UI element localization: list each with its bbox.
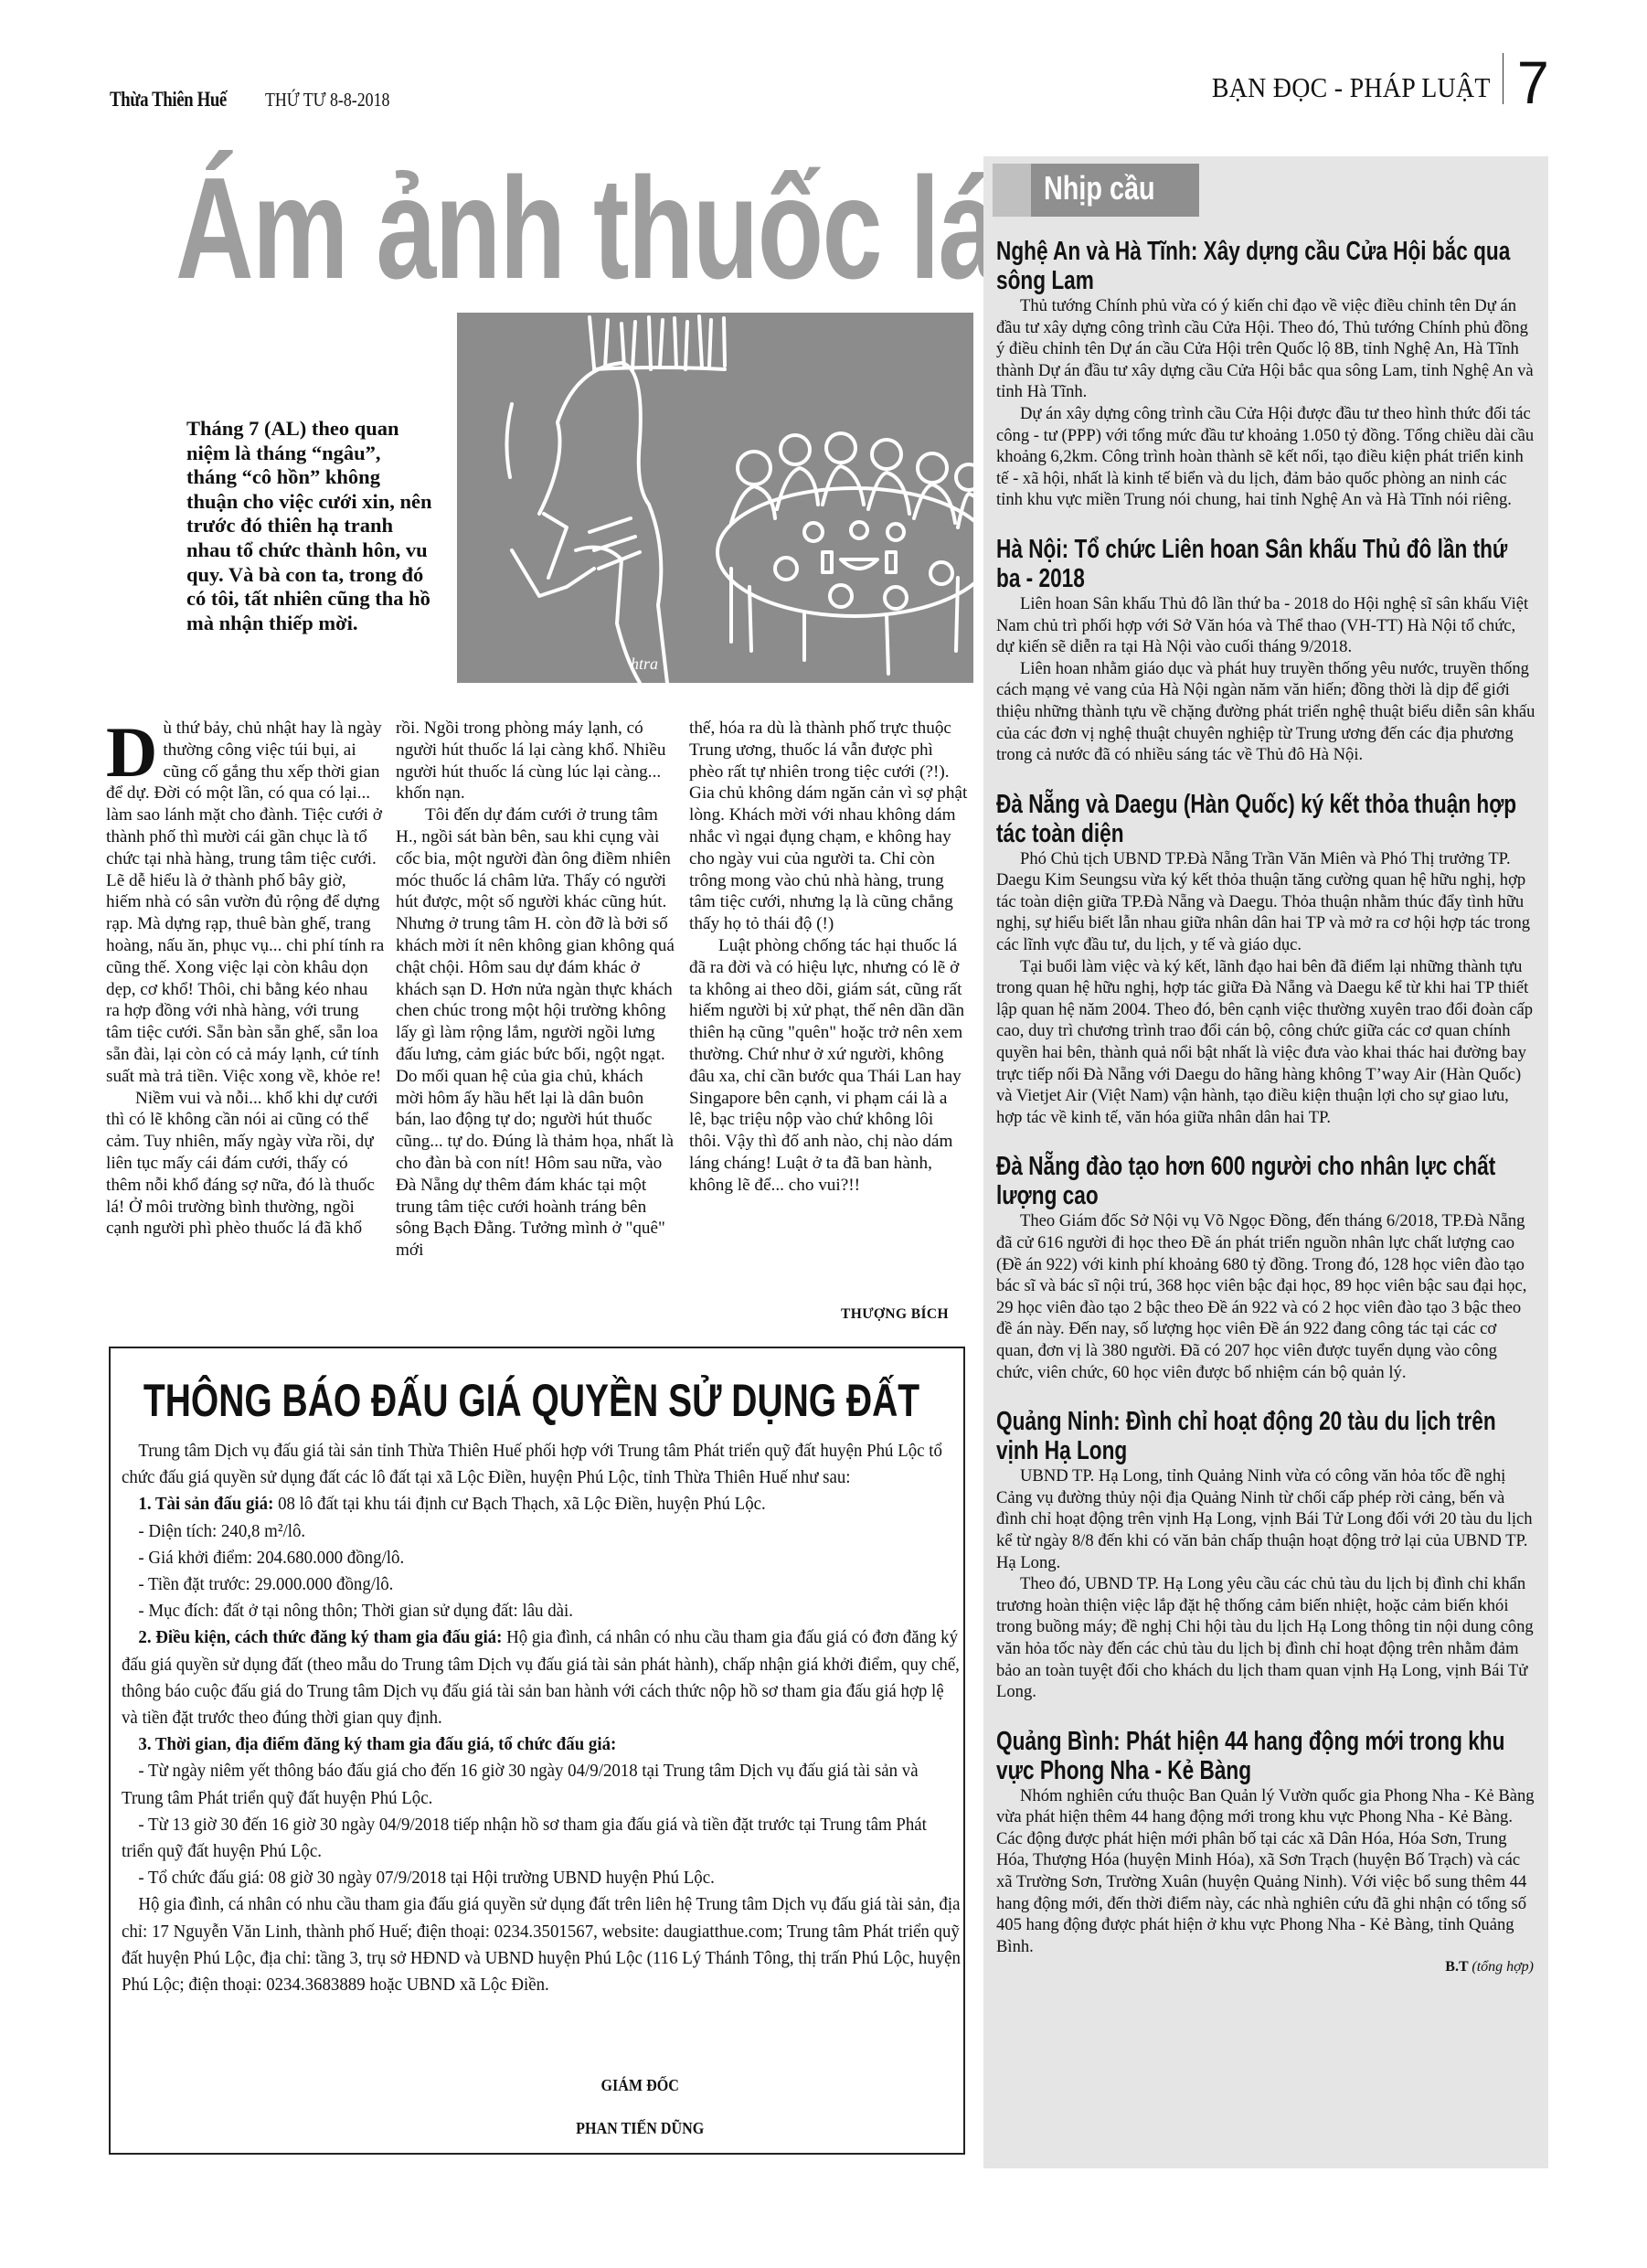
drop-cap: D: [106, 723, 157, 782]
notice-item: - Từ ngày niêm yết thông báo đấu giá cho…: [122, 1758, 962, 1811]
news-title: Quảng Bình: Phát hiện 44 hang động mới t…: [996, 1727, 1536, 1785]
news-sidebar: Nhịp cầu Nghệ An và Hà Tĩnh: Xây dựng cầ…: [983, 156, 1548, 2168]
article-headline: Ám ảnh thuốc lá: [175, 155, 997, 302]
notice-section-3-label: 3. Thời gian, địa điểm đăng ký tham gia …: [122, 1731, 962, 1758]
article-byline: THƯỢNG BÍCH: [841, 1306, 949, 1323]
article-paragraph: thế, hóa ra dù là thành phố trực thuộc T…: [689, 718, 968, 935]
news-paragraph: Dự án xây dựng công trình cầu Cửa Hội đư…: [996, 403, 1537, 511]
auction-notice-box: THÔNG BÁO ĐẤU GIÁ QUYỀN SỬ DỤNG ĐẤT Trun…: [109, 1347, 965, 2155]
article-column-1: Dù thứ bảy, chủ nhật hay là ngày thường …: [106, 718, 385, 1240]
news-item: Đà Nẵng và Daegu (Hàn Quốc) ký kết thỏa …: [996, 790, 1537, 1129]
article-paragraph: Dù thứ bảy, chủ nhật hay là ngày thường …: [106, 718, 385, 1088]
news-paragraph: Phó Chủ tịch UBND TP.Đà Nẵng Trần Văn Mi…: [996, 848, 1537, 956]
news-paragraph: Liên hoan Sân khấu Thủ đô lần thứ ba - 2…: [996, 593, 1537, 658]
news-paragraph: Theo đó, UBND TP. Hạ Long yêu cầu các ch…: [996, 1573, 1537, 1703]
sidebar-news-list: Nghệ An và Hà Tĩnh: Xây dựng cầu Cửa Hội…: [996, 237, 1537, 1975]
article-paragraph: Tôi đến dự đám cưới ở trung tâm H., ngồi…: [396, 804, 675, 1262]
news-paragraph: Nhóm nghiên cứu thuộc Ban Quản lý Vườn q…: [996, 1785, 1537, 1958]
article-column-2: rồi. Ngồi trong phòng máy lạnh, có người…: [396, 718, 675, 1262]
page-number: 7: [1517, 55, 1549, 110]
notice-body: Trung tâm Dịch vụ đấu giá tài sản tỉnh T…: [122, 1438, 962, 1998]
article-paragraph: Luật phòng chống tác hại thuốc lá đã ra …: [689, 935, 968, 1197]
news-item: Đà Nẵng đào tạo hơn 600 người cho nhân l…: [996, 1152, 1537, 1383]
masthead-divider: [1503, 53, 1504, 104]
signer-title: GIÁM ĐỐC: [144, 2076, 929, 2095]
news-item: Hà Nội: Tổ chức Liên hoan Sân khấu Thủ đ…: [996, 535, 1537, 766]
svg-text:htra: htra: [631, 655, 658, 673]
issue-date: THỨ TƯ 8-8-2018: [265, 89, 389, 112]
news-title: Quảng Ninh: Đình chỉ hoạt động 20 tàu du…: [996, 1407, 1536, 1465]
signer-name: PHAN TIẾN DŨNG: [144, 2119, 929, 2138]
smoking-at-wedding-drawing-icon: htra: [457, 313, 973, 683]
notice-item: - Tổ chức đấu giá: 08 giờ 30 ngày 07/9/2…: [122, 1865, 962, 1891]
news-paragraph: Theo Giám đốc Sở Nội vụ Võ Ngọc Đồng, đế…: [996, 1210, 1537, 1383]
notice-title: THÔNG BÁO ĐẤU GIÁ QUYỀN SỬ DỤNG ĐẤT: [126, 1374, 937, 1427]
notice-section-1: 1. Tài sản đấu giá: 08 lô đất tại khu tá…: [122, 1491, 962, 1517]
news-paragraph: UBND TP. Hạ Long, tỉnh Quảng Ninh vừa có…: [996, 1465, 1537, 1573]
notice-intro: Trung tâm Dịch vụ đấu giá tài sản tỉnh T…: [122, 1438, 962, 1491]
paper-name: Thừa Thiên Huế: [110, 88, 227, 112]
news-title: Đà Nẵng đào tạo hơn 600 người cho nhân l…: [996, 1152, 1536, 1210]
masthead-left: Thừa Thiên Huế THỨ TƯ 8-8-2018: [110, 88, 411, 112]
sidebar-credit: B.T (tổng hợp): [996, 1959, 1537, 1975]
masthead-right: BẠN ĐỌC - PHÁP LUẬT 7: [1181, 53, 1550, 110]
article-paragraph: Niềm vui và nỗi... khổ khi dự cưới thì c…: [106, 1088, 385, 1240]
notice-item: - Giá khởi điểm: 204.680.000 đồng/lô.: [122, 1545, 962, 1571]
news-item: Quảng Ninh: Đình chỉ hoạt động 20 tàu du…: [996, 1407, 1537, 1703]
news-item: Quảng Bình: Phát hiện 44 hang động mới t…: [996, 1727, 1537, 1976]
notice-item: - Mục đích: đất ở tại nông thôn; Thời gi…: [122, 1598, 962, 1624]
article-paragraph: rồi. Ngồi trong phòng máy lạnh, có người…: [396, 718, 675, 804]
news-paragraph: Liên hoan nhằm giáo dục và phát huy truy…: [996, 658, 1537, 766]
news-title: Đà Nẵng và Daegu (Hàn Quốc) ký kết thỏa …: [996, 790, 1536, 848]
news-paragraph: Thủ tướng Chính phủ vừa có ý kiến chỉ đạ…: [996, 295, 1537, 403]
article-illustration: htra: [457, 313, 973, 683]
article-column-3: thế, hóa ra dù là thành phố trực thuộc T…: [689, 718, 968, 1197]
notice-section-2: 2. Điều kiện, cách thức đăng ký tham gia…: [122, 1624, 962, 1731]
notice-item: - Từ 13 giờ 30 đến 16 giờ 30 ngày 04/9/2…: [122, 1812, 962, 1865]
news-title: Nghệ An và Hà Tĩnh: Xây dựng cầu Cửa Hội…: [996, 237, 1536, 295]
notice-item: - Diện tích: 240,8 m²/lô.: [122, 1518, 962, 1545]
sidebar-section-tag: Nhịp cầu: [993, 164, 1199, 217]
section-name: BẠN ĐỌC - PHÁP LUẬT: [1211, 71, 1490, 110]
notice-item: - Tiền đặt trước: 29.000.000 đồng/lô.: [122, 1571, 962, 1598]
notice-contact: Hộ gia đình, cá nhân có nhu cầu tham gia…: [122, 1891, 962, 1998]
news-paragraph: Tại buổi làm việc và ký kết, lãnh đạo ha…: [996, 956, 1537, 1129]
news-title: Hà Nội: Tổ chức Liên hoan Sân khấu Thủ đ…: [996, 535, 1536, 593]
news-item: Nghệ An và Hà Tĩnh: Xây dựng cầu Cửa Hội…: [996, 237, 1537, 511]
article-sapo: Tháng 7 (AL) theo quan niệm là tháng “ng…: [186, 417, 433, 635]
